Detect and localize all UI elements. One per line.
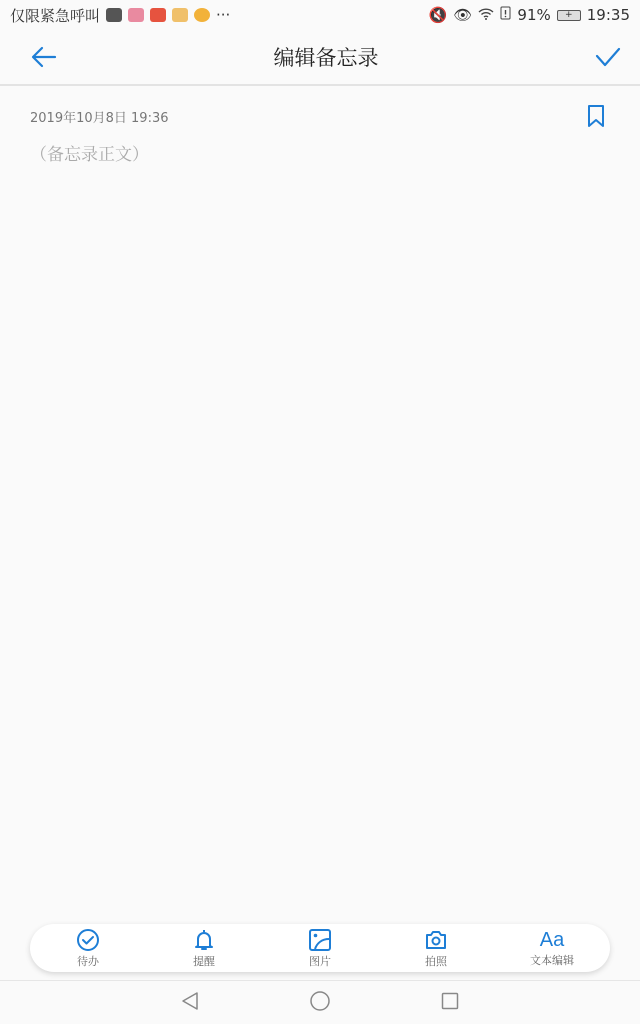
nav-recents-button[interactable]: [441, 992, 459, 1014]
bookmark-button[interactable]: [580, 100, 612, 132]
back-button[interactable]: [28, 41, 60, 73]
notification-app-icon: [128, 8, 144, 22]
camera-icon: [424, 928, 448, 952]
sim-alert-icon: [500, 6, 511, 24]
mute-icon: 🔇: [429, 6, 448, 24]
arrow-left-icon: [31, 46, 57, 68]
square-recents-icon: [441, 992, 459, 1010]
notification-app-icon: [106, 8, 122, 22]
bottom-toolbar: 待办 提醒 图片 拍照 Aa 文本编辑: [30, 924, 610, 972]
system-navigation-bar: [0, 980, 640, 1024]
checkmark-circle-icon: [76, 928, 100, 952]
nav-home-button[interactable]: [309, 990, 331, 1016]
bell-icon: [192, 928, 216, 952]
memo-timestamp: 2019年10月8日 19:36: [30, 107, 169, 126]
checkmark-icon: [595, 47, 621, 67]
overflow-indicator: ···: [216, 6, 230, 24]
save-button[interactable]: [592, 41, 624, 73]
clock: 19:35: [587, 6, 630, 24]
bookmark-icon: [587, 104, 605, 128]
status-bar: 仅限紧急呼叫 ··· 🔇 👁 91% + 19:35: [0, 0, 640, 30]
image-label: 图片: [309, 953, 331, 969]
notification-app-icon: [194, 8, 210, 22]
page-title: 编辑备忘录: [274, 42, 379, 72]
notification-listen-icon: [150, 8, 166, 22]
todo-label: 待办: [77, 953, 99, 969]
battery-charging-icon: +: [557, 10, 581, 21]
battery-percent: 91%: [517, 6, 550, 24]
todo-button[interactable]: 待办: [43, 928, 133, 969]
eye-comfort-icon: 👁: [453, 6, 472, 24]
reminder-label: 提醒: [193, 953, 215, 969]
text-format-button[interactable]: Aa 文本编辑: [507, 929, 597, 968]
reminder-button[interactable]: 提醒: [159, 928, 249, 969]
memo-body-container: [0, 138, 640, 908]
text-format-icon: Aa: [540, 929, 564, 951]
triangle-back-icon: [181, 991, 199, 1011]
circle-home-icon: [309, 990, 331, 1012]
camera-label: 拍照: [425, 953, 447, 969]
image-button[interactable]: 图片: [275, 928, 365, 969]
memo-body-editor[interactable]: [30, 142, 610, 908]
image-icon: [308, 928, 332, 952]
camera-button[interactable]: 拍照: [391, 928, 481, 969]
nav-back-button[interactable]: [181, 991, 199, 1015]
carrier-text: 仅限紧急呼叫: [10, 5, 100, 26]
wifi-icon: [478, 6, 494, 24]
memo-meta: 2019年10月8日 19:36: [0, 86, 640, 138]
app-header: 编辑备忘录: [0, 30, 640, 86]
text-format-label: 文本编辑: [530, 952, 574, 968]
notification-app-icon: [172, 8, 188, 22]
